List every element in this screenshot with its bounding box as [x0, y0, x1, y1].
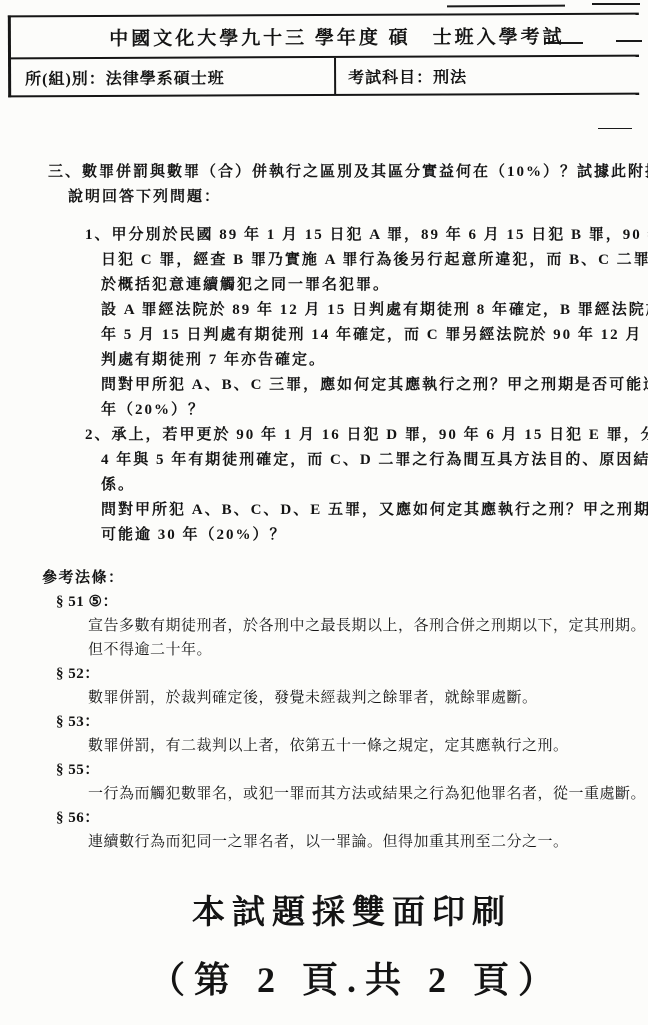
- statute-text: 宣告多數有期徒刑者，於各刑中之最長期以上，各刑合併之刑期以下，定其刑期。: [0, 614, 648, 638]
- question-line: 2、承上，若甲更於 90 年 1 月 16 日犯 D 罪，90 年 6 月 15…: [0, 423, 648, 448]
- statute-text: 一行為而觸犯數罪名，或犯一罪而其方法或結果之行為犯他罪名者，從一重處斷。: [0, 782, 648, 806]
- reference-statutes-block: 參考法條： § 51 ⑤： 宣告多數有期徒刑者，於各刑中之最長期以上，各刑合併之…: [0, 566, 648, 854]
- question-line: 係。: [0, 473, 648, 498]
- question-line: 問對甲所犯 A、B、C 三罪，應如何定其應執行之刑？甲之刑期是否可能逾 20: [0, 373, 648, 398]
- question-line: 說明回答下列問題：: [0, 185, 648, 210]
- statute-text: 數罪併罰，於裁判確定後，發覺未經裁判之餘罪者，就餘罪處斷。: [0, 686, 648, 710]
- question-line: 可能逾 30 年（20%）？: [0, 523, 648, 548]
- question-line: 於概括犯意連續觸犯之同一罪名犯罪。: [0, 273, 648, 298]
- question-line: 問對甲所犯 A、B、C、D、E 五罪，又應如何定其應執行之刑？甲之刑期是否: [0, 498, 648, 523]
- statute-text: 但不得逾二十年。: [0, 638, 648, 662]
- question-line: 日犯 C 罪，經查 B 罪乃實施 A 罪行為後另行起意所違犯，而 B、C 二罪係…: [0, 248, 648, 273]
- reference-heading: 參考法條：: [0, 566, 648, 590]
- subject-field: 考試科目：刑法: [334, 57, 639, 94]
- statute-text: 數罪併罰，有二裁判以上者，依第五十一條之規定，定其應執行之刑。: [0, 734, 648, 758]
- statute-number: § 51 ⑤：: [0, 590, 648, 614]
- department-field: 所(組)別：法律學系碩士班: [11, 58, 334, 95]
- question-line: 年（20%）？: [0, 398, 648, 423]
- question-line: 三、數罪併罰與數罪（合）併執行之區別及其區分實益何在（10%）？試據此附扼要: [0, 160, 648, 185]
- question-line: 1、甲分別於民國 89 年 1 月 15 日犯 A 罪，89 年 6 月 15 …: [0, 223, 648, 248]
- scan-artifact: [592, 3, 640, 5]
- scan-artifact: [598, 128, 632, 129]
- duplex-print-notice: 本試題採雙面印刷: [28, 886, 648, 933]
- statute-number: § 56：: [0, 806, 648, 830]
- question-three-block: 三、數罪併罰與數罪（合）併執行之區別及其區分實益何在（10%）？試據此附扼要 說…: [0, 160, 648, 548]
- scanned-exam-page: 中國文化大學九十三 學年度 碩 士班入學考試 所(組)別：法律學系碩士班 考試科…: [0, 0, 648, 1025]
- page-number-notice: （第 2 頁.共 2 頁）: [32, 952, 648, 1003]
- question-line: 年 5 月 15 日判處有期徒刑 14 年確定，而 C 罪另經法院於 90 年 …: [0, 323, 648, 348]
- question-line: 判處有期徒刑 7 年亦告確定。: [0, 348, 648, 373]
- question-line: 4 年與 5 年有期徒刑確定，而 C、D 二罪之行為間互具方法目的、原因結果關: [0, 448, 648, 473]
- exam-title: 中國文化大學九十三 學年度 碩 士班入學考試: [11, 15, 639, 60]
- statute-number: § 55：: [0, 758, 648, 782]
- scan-artifact: [447, 5, 565, 8]
- statute-number: § 52：: [0, 662, 648, 686]
- statute-number: § 53：: [0, 710, 648, 734]
- question-line: 設 A 罪經法院於 89 年 12 月 15 日判處有期徒刑 8 年確定，B 罪…: [0, 298, 648, 323]
- statute-text: 連續數行為而犯同一之罪名者，以一罪論。但得加重其刑至二分之一。: [0, 830, 648, 854]
- exam-header-fields: 所(組)別：法律學系碩士班 考試科目：刑法: [11, 57, 639, 96]
- exam-header-box: 中國文化大學九十三 學年度 碩 士班入學考試 所(組)別：法律學系碩士班 考試科…: [8, 13, 639, 98]
